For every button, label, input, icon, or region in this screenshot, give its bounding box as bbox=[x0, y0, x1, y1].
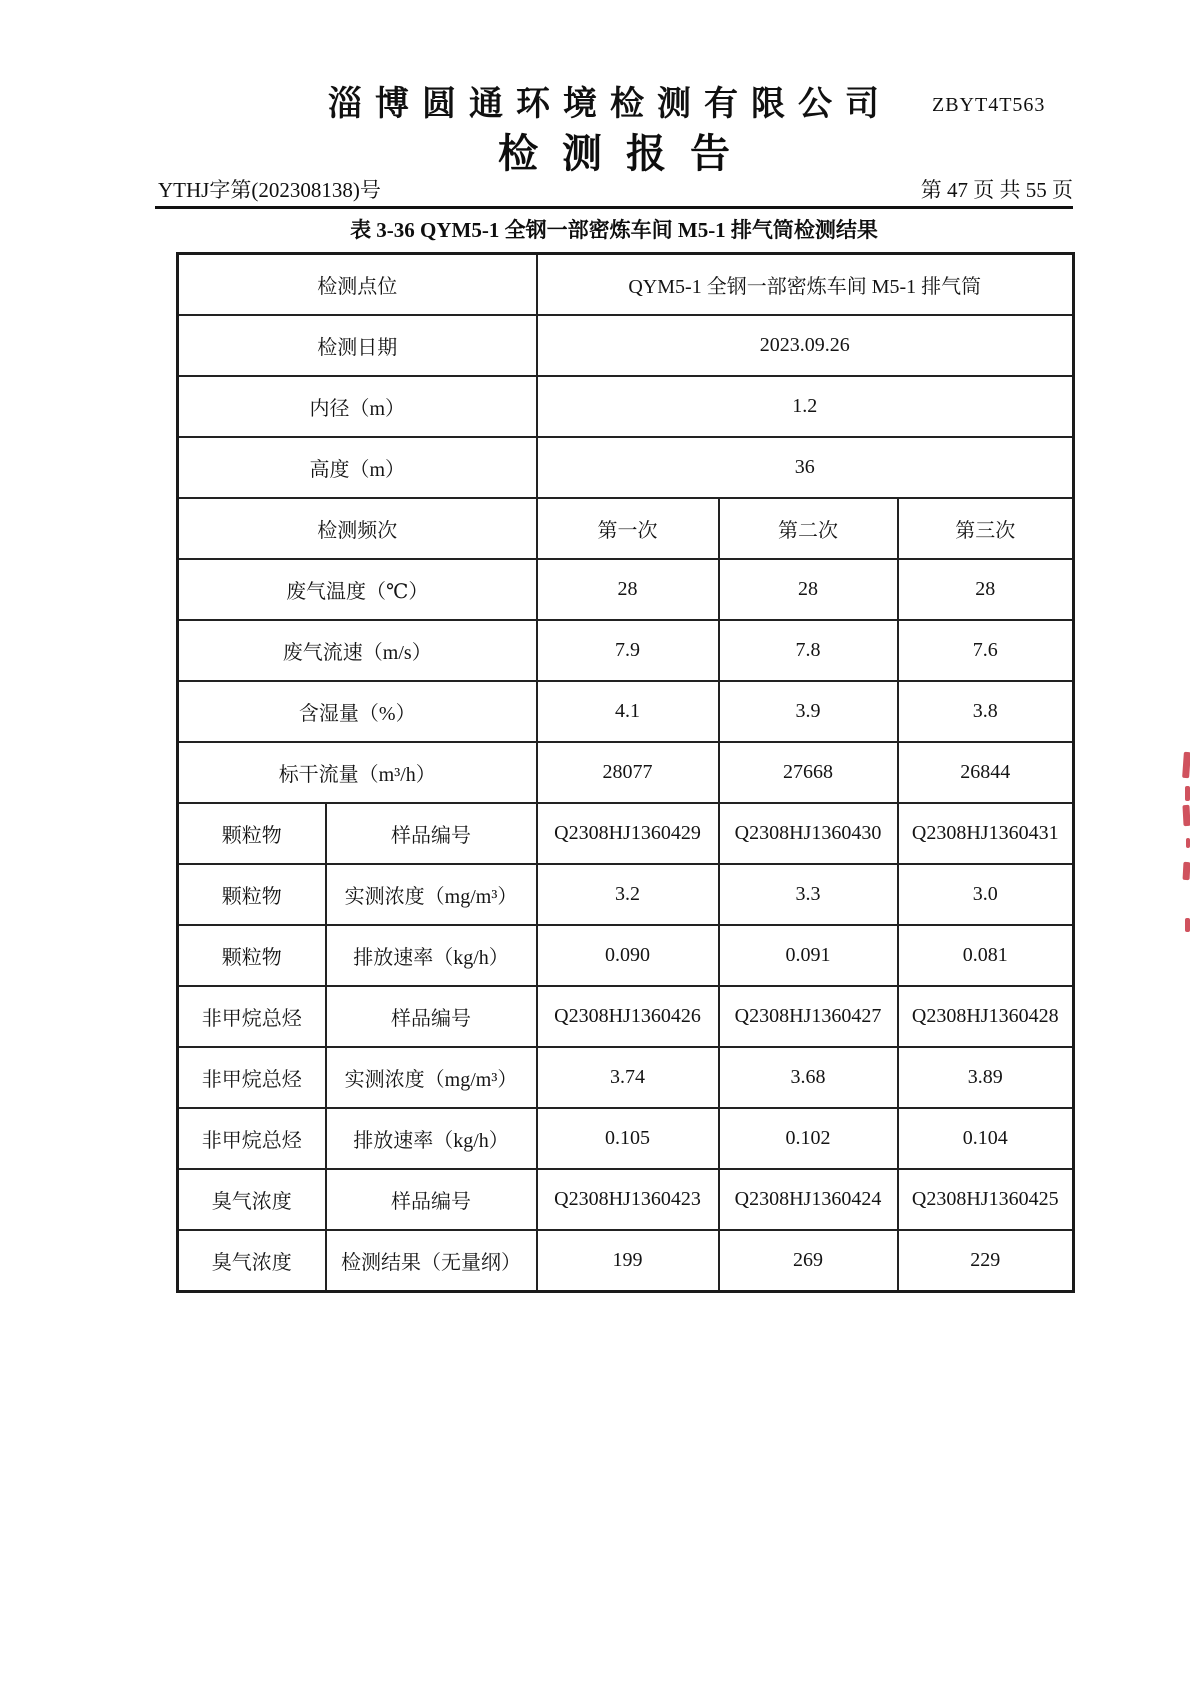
row-value: 第二次 bbox=[719, 498, 898, 559]
row-group-label: 非甲烷总烃 bbox=[178, 986, 326, 1047]
row-label: 废气温度（℃） bbox=[178, 559, 537, 620]
row-label: 检测结果（无量纲） bbox=[326, 1230, 537, 1292]
meta-line: YTHJ字第(202308138)号 第 47 页 共 55 页 bbox=[158, 174, 1073, 204]
row-label: 实测浓度（mg/m³） bbox=[326, 1047, 537, 1108]
row-label: 废气流速（m/s） bbox=[178, 620, 537, 681]
report-table-body: 检测点位QYM5-1 全钢一部密炼车间 M5-1 排气筒检测日期2023.09.… bbox=[178, 254, 1074, 1292]
row-value: QYM5-1 全钢一部密炼车间 M5-1 排气筒 bbox=[537, 254, 1074, 316]
row-label: 排放速率（kg/h） bbox=[326, 925, 537, 986]
row-label: 样品编号 bbox=[326, 986, 537, 1047]
red-stamp-fragment bbox=[1182, 805, 1190, 826]
row-value: 3.2 bbox=[537, 864, 719, 925]
table-row: 高度（m）36 bbox=[178, 437, 1074, 498]
report-table: 检测点位QYM5-1 全钢一部密炼车间 M5-1 排气筒检测日期2023.09.… bbox=[176, 252, 1075, 1293]
table-row: 颗粒物样品编号Q2308HJ1360429Q2308HJ1360430Q2308… bbox=[178, 803, 1074, 864]
row-value: 1.2 bbox=[537, 376, 1074, 437]
row-value: 第一次 bbox=[537, 498, 719, 559]
row-value: Q2308HJ1360427 bbox=[719, 986, 898, 1047]
doc-number: YTHJ字第(202308138)号 bbox=[158, 174, 381, 204]
row-value: 3.3 bbox=[719, 864, 898, 925]
row-value: 36 bbox=[537, 437, 1074, 498]
red-stamp-fragment bbox=[1185, 918, 1190, 932]
row-value: 0.091 bbox=[719, 925, 898, 986]
row-group-label: 臭气浓度 bbox=[178, 1230, 326, 1292]
red-stamp-fragment bbox=[1183, 862, 1190, 880]
row-value: Q2308HJ1360428 bbox=[898, 986, 1074, 1047]
row-group-label: 颗粒物 bbox=[178, 803, 326, 864]
red-stamp-fragment bbox=[1182, 752, 1190, 778]
row-value: 0.090 bbox=[537, 925, 719, 986]
table-row: 非甲烷总烃实测浓度（mg/m³）3.743.683.89 bbox=[178, 1047, 1074, 1108]
row-value: 4.1 bbox=[537, 681, 719, 742]
red-stamp-fragment bbox=[1185, 786, 1190, 801]
row-label: 含湿量（%） bbox=[178, 681, 537, 742]
report-page: 淄博圆通环境检测有限公司 ZBYT4T563 检测报告 YTHJ字第(20230… bbox=[0, 0, 1190, 1683]
row-value: 28 bbox=[537, 559, 719, 620]
row-value: 199 bbox=[537, 1230, 719, 1292]
row-value: 26844 bbox=[898, 742, 1074, 803]
header-rule bbox=[155, 206, 1073, 209]
row-label: 检测频次 bbox=[178, 498, 537, 559]
row-group-label: 非甲烷总烃 bbox=[178, 1047, 326, 1108]
company-code: ZBYT4T563 bbox=[932, 94, 1045, 117]
row-value: Q2308HJ1360424 bbox=[719, 1169, 898, 1230]
table-row: 废气温度（℃）282828 bbox=[178, 559, 1074, 620]
row-value: 269 bbox=[719, 1230, 898, 1292]
row-label: 检测点位 bbox=[178, 254, 537, 316]
row-label: 实测浓度（mg/m³） bbox=[326, 864, 537, 925]
row-label: 样品编号 bbox=[326, 1169, 537, 1230]
row-value: 3.89 bbox=[898, 1047, 1074, 1108]
row-value: Q2308HJ1360426 bbox=[537, 986, 719, 1047]
row-value: Q2308HJ1360431 bbox=[898, 803, 1074, 864]
row-value: 28 bbox=[719, 559, 898, 620]
row-label: 标干流量（m³/h） bbox=[178, 742, 537, 803]
row-label: 样品编号 bbox=[326, 803, 537, 864]
row-value: 27668 bbox=[719, 742, 898, 803]
row-group-label: 非甲烷总烃 bbox=[178, 1108, 326, 1169]
row-value: 3.68 bbox=[719, 1047, 898, 1108]
table-title: 表 3-36 QYM5-1 全钢一部密炼车间 M5-1 排气筒检测结果 bbox=[155, 214, 1073, 244]
report-title: 检测报告 bbox=[155, 122, 1073, 179]
row-value: 7.8 bbox=[719, 620, 898, 681]
table-row: 臭气浓度样品编号Q2308HJ1360423Q2308HJ1360424Q230… bbox=[178, 1169, 1074, 1230]
row-value: Q2308HJ1360423 bbox=[537, 1169, 719, 1230]
row-group-label: 颗粒物 bbox=[178, 864, 326, 925]
row-value: 7.9 bbox=[537, 620, 719, 681]
row-value: 229 bbox=[898, 1230, 1074, 1292]
table-row: 内径（m）1.2 bbox=[178, 376, 1074, 437]
red-stamp-fragment bbox=[1186, 838, 1190, 848]
row-group-label: 颗粒物 bbox=[178, 925, 326, 986]
row-value: 0.105 bbox=[537, 1108, 719, 1169]
row-value: 3.9 bbox=[719, 681, 898, 742]
row-value: 0.104 bbox=[898, 1108, 1074, 1169]
row-value: Q2308HJ1360425 bbox=[898, 1169, 1074, 1230]
table-row: 检测频次第一次第二次第三次 bbox=[178, 498, 1074, 559]
table-row: 颗粒物实测浓度（mg/m³）3.23.33.0 bbox=[178, 864, 1074, 925]
table-row: 检测点位QYM5-1 全钢一部密炼车间 M5-1 排气筒 bbox=[178, 254, 1074, 316]
page-info: 第 47 页 共 55 页 bbox=[921, 174, 1073, 204]
row-label: 排放速率（kg/h） bbox=[326, 1108, 537, 1169]
row-group-label: 臭气浓度 bbox=[178, 1169, 326, 1230]
row-label: 检测日期 bbox=[178, 315, 537, 376]
row-value: 28077 bbox=[537, 742, 719, 803]
row-value: 3.0 bbox=[898, 864, 1074, 925]
row-label: 高度（m） bbox=[178, 437, 537, 498]
table-row: 颗粒物排放速率（kg/h）0.0900.0910.081 bbox=[178, 925, 1074, 986]
row-value: 第三次 bbox=[898, 498, 1074, 559]
row-label: 内径（m） bbox=[178, 376, 537, 437]
row-value: 7.6 bbox=[898, 620, 1074, 681]
table-row: 标干流量（m³/h）280772766826844 bbox=[178, 742, 1074, 803]
row-value: Q2308HJ1360430 bbox=[719, 803, 898, 864]
table-row: 检测日期2023.09.26 bbox=[178, 315, 1074, 376]
table-row: 含湿量（%）4.13.93.8 bbox=[178, 681, 1074, 742]
row-value: 0.081 bbox=[898, 925, 1074, 986]
table-row: 废气流速（m/s）7.97.87.6 bbox=[178, 620, 1074, 681]
table-row: 非甲烷总烃样品编号Q2308HJ1360426Q2308HJ1360427Q23… bbox=[178, 986, 1074, 1047]
row-value: 0.102 bbox=[719, 1108, 898, 1169]
row-value: 28 bbox=[898, 559, 1074, 620]
table-row: 臭气浓度检测结果（无量纲）199269229 bbox=[178, 1230, 1074, 1292]
row-value: 3.74 bbox=[537, 1047, 719, 1108]
row-value: 3.8 bbox=[898, 681, 1074, 742]
row-value: 2023.09.26 bbox=[537, 315, 1074, 376]
company-name: 淄博圆通环境检测有限公司 bbox=[320, 76, 900, 125]
table-row: 非甲烷总烃排放速率（kg/h）0.1050.1020.104 bbox=[178, 1108, 1074, 1169]
row-value: Q2308HJ1360429 bbox=[537, 803, 719, 864]
